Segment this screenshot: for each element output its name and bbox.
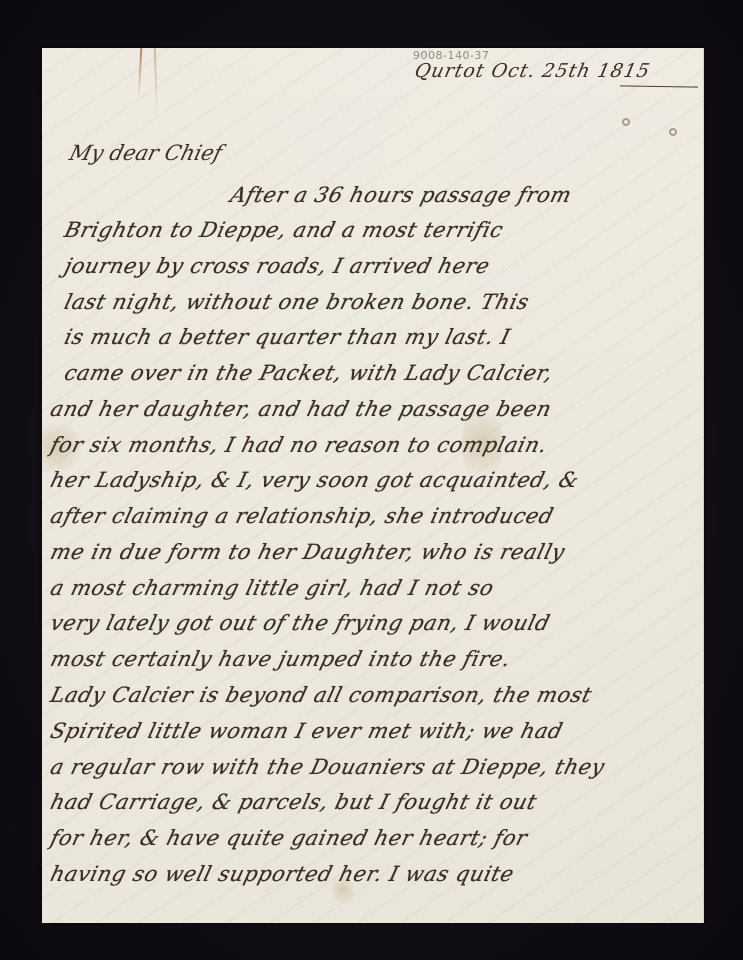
letter-line: After a 36 hours passage from xyxy=(228,183,574,207)
letter-line: had Carriage, & parcels, but I fought it… xyxy=(48,790,540,814)
ink-spot xyxy=(669,128,677,136)
letter-line: her Ladyship, & I, very soon got acquain… xyxy=(48,468,582,492)
letter-line: came over in the Packet, with Lady Calci… xyxy=(62,361,556,385)
letter-dateline: Qurtot Oct. 25th 1815 xyxy=(413,60,653,82)
letter-line: journey by cross roads, I arrived here xyxy=(62,254,493,278)
letter-line: is much a better quarter than my last. I xyxy=(62,325,513,349)
letter-line: very lately got out of the frying pan, I… xyxy=(48,611,553,635)
letter-line: having so well supported her. I was quit… xyxy=(48,862,517,886)
letter-line: after claiming a relationship, she intro… xyxy=(48,504,556,528)
fold-mark xyxy=(138,48,143,98)
letter-line: last night, without one broken bone. Thi… xyxy=(62,290,532,314)
letter-line: Brighton to Dieppe, and a most terrific xyxy=(62,218,506,242)
letter-line: me in due form to her Daughter, who is r… xyxy=(48,540,568,564)
letter-line: and her daughter, and had the passage be… xyxy=(48,397,554,421)
fold-mark xyxy=(154,48,158,118)
letter-line: Spirited little woman I ever met with; w… xyxy=(48,719,565,743)
letter-line: a regular row with the Douaniers at Diep… xyxy=(48,755,607,779)
letter-salutation: My dear Chief xyxy=(67,141,225,165)
ink-spot xyxy=(622,118,630,126)
letter-line: most certainly have jumped into the fire… xyxy=(48,647,513,671)
letter-line: for six months, I had no reason to compl… xyxy=(48,433,550,457)
letter-line: a most charming little girl, had I not s… xyxy=(48,576,497,600)
letter-line: Lady Calcier is beyond all comparison, t… xyxy=(48,683,595,707)
letter-line: for her, & have quite gained her heart; … xyxy=(48,826,530,850)
